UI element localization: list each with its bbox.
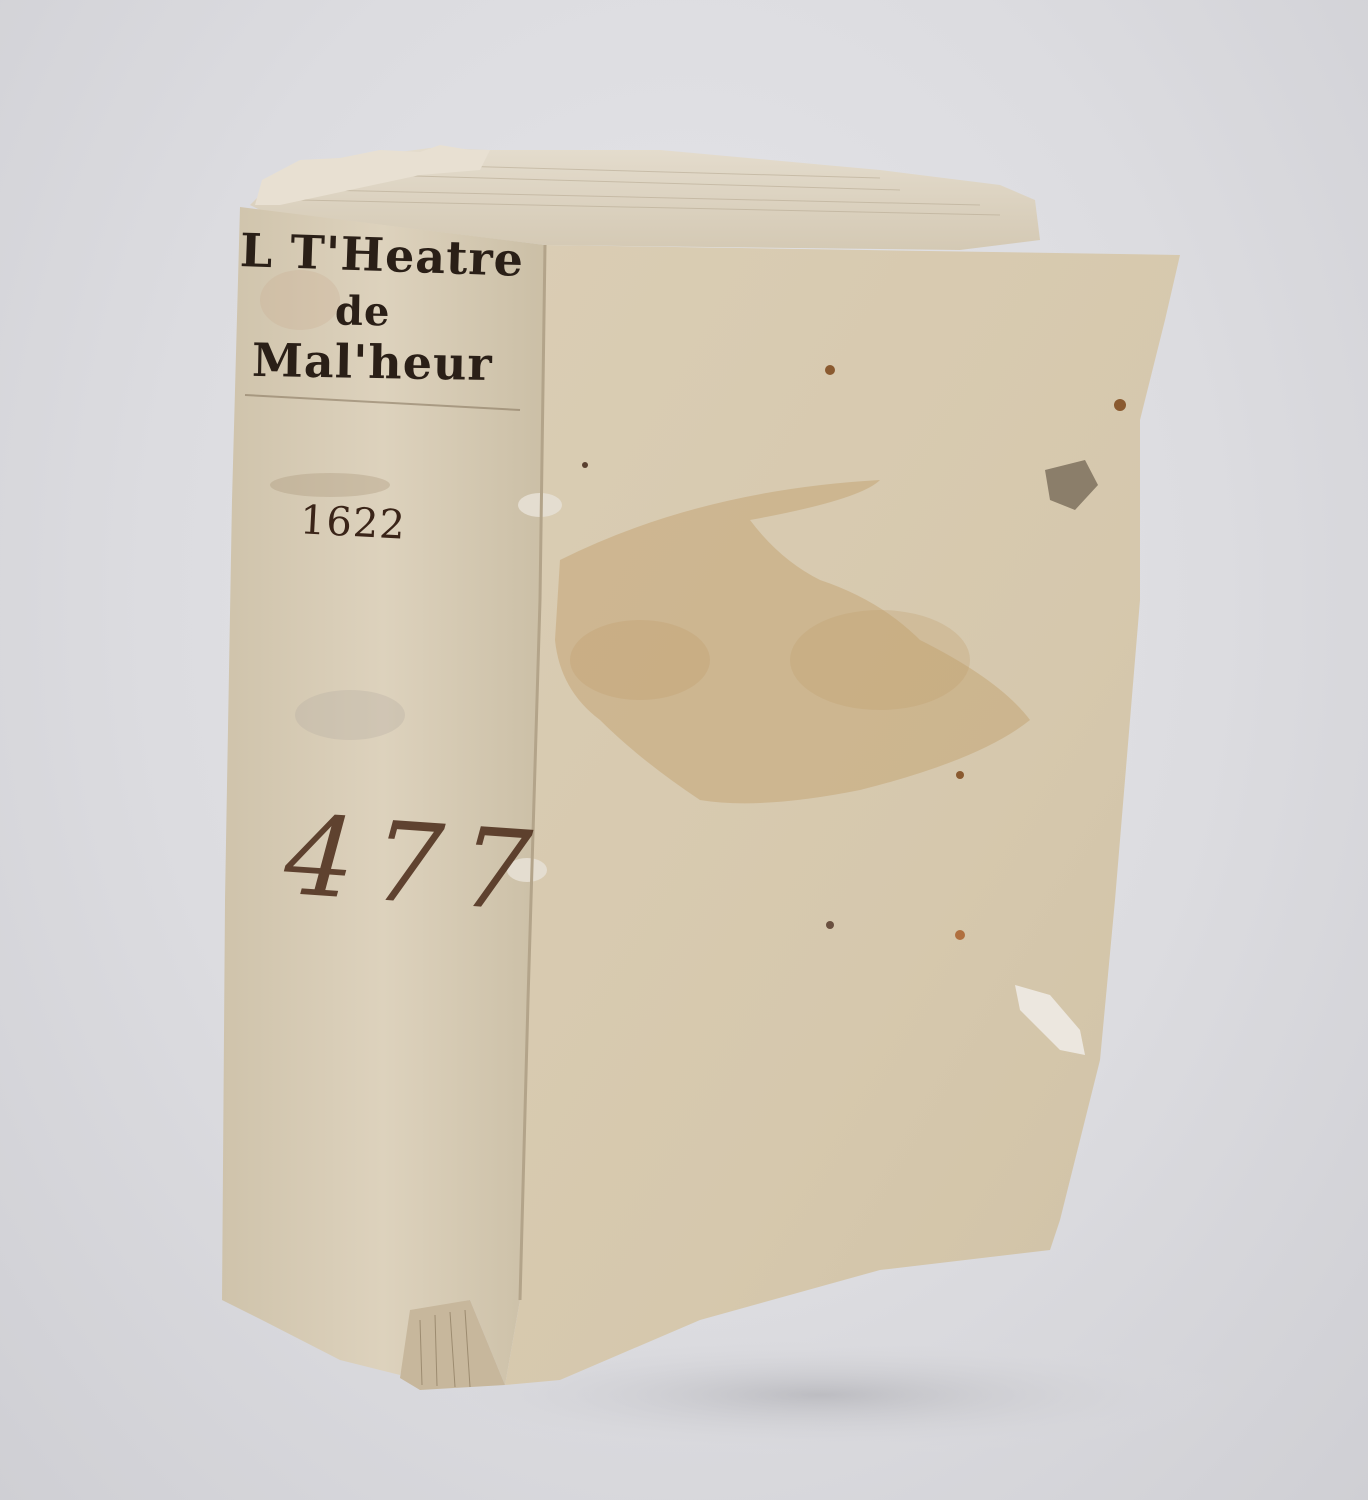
spine-shelfmark: 477 xyxy=(281,791,553,937)
front-cover xyxy=(505,245,1180,1385)
spine-title-line-1: L T'Heatre xyxy=(239,223,525,287)
spine-title-line-2: de xyxy=(335,288,391,336)
spine-title-line-3: Mal'heur xyxy=(252,333,494,391)
spine-year: 1622 xyxy=(299,497,407,548)
book-illustration xyxy=(0,0,1368,1500)
photo-scene: L T'Heatre de Mal'heur 1622 477 xyxy=(0,0,1368,1500)
